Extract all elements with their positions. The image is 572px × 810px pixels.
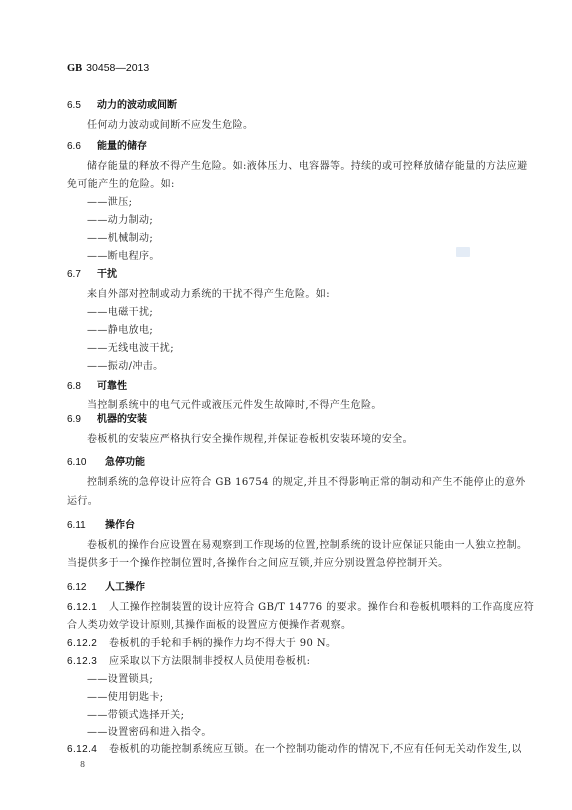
paragraph-line: 控制系统的急停设计应符合 GB 16754 的规定,并且不得影响正常的制动和产生…: [87, 476, 526, 490]
subsection-6-12-2: 6.12.2卷板机的手轮和手柄的操作力均不得大于 90 N。: [67, 637, 336, 651]
section-heading-6-8: 6.8可靠性: [67, 380, 127, 394]
list-item: ——带锁式选择开关;: [87, 709, 184, 723]
paragraph-line: 卷板机的操作台应设置在易观察到工作现场的位置,控制系统的设计应保证只能由一人独立…: [87, 539, 527, 553]
section-heading-6-7: 6.7干扰: [67, 268, 117, 282]
section-number: 6.6: [67, 140, 97, 154]
subsection-6-12-1: 6.12.1人工操作控制装置的设计应符合 GB/T 14776 的要求。操作台和…: [67, 601, 534, 615]
section-title: 可靠性: [97, 381, 127, 392]
section-number: 6.5: [67, 99, 97, 113]
paragraph-line: 免可能产生的危险。如:: [67, 178, 175, 192]
paragraph: 当控制系统中的电气元件或液压元件发生故障时,不得产生危险。: [87, 399, 382, 413]
list-item: ——静电放电;: [87, 324, 153, 338]
section-number: 6.7: [67, 268, 97, 282]
subsection-text: 卷板机的手轮和手柄的操作力均不得大于 90 N。: [109, 638, 336, 649]
section-number: 6.8: [67, 380, 97, 394]
subsection-number: 6.12.1: [67, 601, 109, 615]
section-title: 急停功能: [105, 457, 145, 468]
list-item: ——使用钥匙卡;: [87, 691, 164, 705]
section-number: 6.11: [67, 519, 105, 533]
section-number: 6.12: [67, 581, 105, 595]
list-item: ——无线电波干扰;: [87, 342, 174, 356]
page-number: 8: [80, 760, 85, 769]
paragraph: 卷板机的安装应严格执行安全操作规程,并保证卷板机安装环境的安全。: [87, 433, 413, 447]
watermark-logo: [456, 247, 470, 257]
section-title: 干扰: [97, 269, 117, 280]
document-page: GB30458—2013 6.5动力的波动或间断 任何动力波动或间断不应发生危险…: [0, 0, 572, 810]
section-heading-6-9: 6.9机器的安装: [67, 413, 147, 427]
section-heading-6-5: 6.5动力的波动或间断: [67, 99, 177, 113]
paragraph-line: 储存能量的释放不得产生危险。如:液体压力、电容器等。持续的或可控释放储存能量的方…: [87, 160, 528, 174]
subsection-6-12-4: 6.12.4卷板机的功能控制系统应互锁。在一个控制功能动作的情况下,不应有任何无…: [67, 743, 522, 757]
list-item: ——电磁干扰;: [87, 306, 153, 320]
section-heading-6-12: 6.12人工操作: [67, 581, 145, 595]
standard-header: GB30458—2013: [67, 62, 149, 74]
list-item: ——设置锁具;: [87, 673, 153, 687]
section-number: 6.10: [67, 456, 105, 470]
list-item: ——机械制动;: [87, 232, 153, 246]
subsection-text: 应采取以下方法限制非授权人员使用卷板机:: [109, 656, 310, 667]
subsection-number: 6.12.4: [67, 743, 109, 757]
section-title: 能量的储存: [97, 141, 147, 152]
section-title: 机器的安装: [97, 414, 147, 425]
list-item: ——泄压;: [87, 196, 132, 210]
paragraph: 来自外部对控制或动力系统的干扰不得产生危险。如:: [87, 288, 330, 302]
section-heading-6-10: 6.10急停功能: [67, 456, 145, 470]
subsection-6-12-3: 6.12.3应采取以下方法限制非授权人员使用卷板机:: [67, 655, 310, 669]
subsection-number: 6.12.2: [67, 637, 109, 651]
paragraph-line: 运行。: [67, 495, 98, 509]
subsection-text: 人工操作控制装置的设计应符合 GB/T 14776 的要求。操作台和卷板机喂料的…: [109, 602, 534, 613]
section-title: 动力的波动或间断: [97, 100, 177, 111]
paragraph: 任何动力波动或间断不应发生危险。: [87, 119, 253, 133]
paragraph-line: 当提供多于一个操作控制位置时,各操作台之间应互锁,并应分别设置急停控制开关。: [67, 557, 449, 571]
list-item: ——振动/冲击。: [87, 360, 164, 374]
list-item: ——断电程序。: [87, 250, 160, 264]
subsection-number: 6.12.3: [67, 655, 109, 669]
standard-prefix: GB: [67, 63, 82, 74]
section-title: 操作台: [105, 520, 135, 531]
section-title: 人工操作: [105, 582, 145, 593]
section-heading-6-6: 6.6能量的储存: [67, 140, 147, 154]
standard-number: 30458—2013: [86, 62, 149, 74]
list-item: ——设置密码和进入指令。: [87, 726, 212, 740]
list-item: ——动力制动;: [87, 214, 153, 228]
section-heading-6-11: 6.11操作台: [67, 519, 135, 533]
subsection-text: 卷板机的功能控制系统应互锁。在一个控制功能动作的情况下,不应有任何无关动作发生,…: [109, 744, 522, 755]
paragraph-line: 合人类功效学设计原则,其操作面板的设置应方便操作者观察。: [67, 619, 351, 633]
section-number: 6.9: [67, 413, 97, 427]
